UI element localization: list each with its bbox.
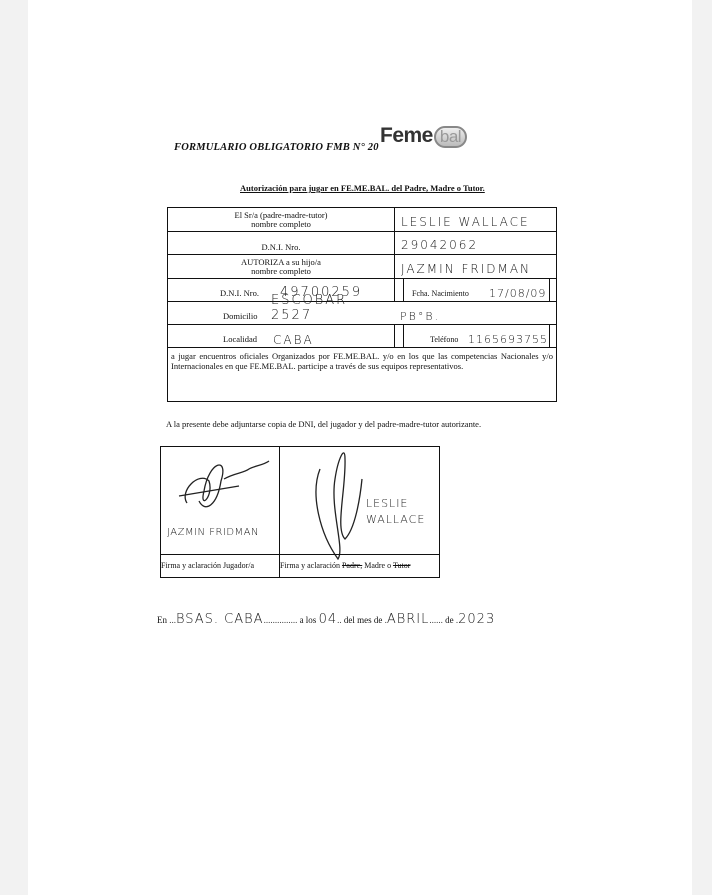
city-value: CABA (273, 333, 314, 347)
player-signature-cell[interactable]: JAZMIN FRIDMAN Firma y aclaración Jugado… (161, 447, 280, 577)
phone-value: 1165693755 (468, 333, 548, 346)
address-row: Domicilio ESCOBAR 2527 PB°B. (168, 302, 556, 325)
parent-dni-value: 29042062 (401, 238, 478, 252)
player-clarification: JAZMIN FRIDMAN (167, 527, 259, 538)
city-label: Localidad (223, 334, 257, 344)
address-value: ESCOBAR 2527 (271, 293, 394, 323)
child-label-line2: nombre completo (168, 267, 394, 276)
attachment-note: A la presente debe adjuntarse copia de D… (166, 419, 481, 429)
form-title: FORMULARIO OBLIGATORIO FMB N° 20 (174, 142, 379, 153)
child-name-row: AUTORIZA a su hijo/a nombre completo JAZ… (168, 255, 556, 279)
authorization-table: El Sr/a (padre-madre-tutor) nombre compl… (167, 207, 557, 348)
parent-name-field[interactable]: LESLIE WALLACE (395, 208, 556, 231)
year-value[interactable]: 2023 (458, 612, 495, 627)
birth-date-label: Fcha. Nacimiento (412, 289, 469, 298)
signature-box: JAZMIN FRIDMAN Firma y aclaración Jugado… (160, 446, 440, 578)
day-value[interactable]: 04 (319, 612, 338, 627)
femebal-logo: Femebal (380, 124, 467, 148)
form-subtitle: Autorización para jugar en FE.ME.BAL. de… (240, 183, 485, 193)
parent-label-line2: nombre completo (168, 220, 394, 229)
parent-dni-row: D.N.I. Nro. 29042062 (168, 232, 556, 255)
place-date-line: En ...BSAS. CABA............... a los 04… (157, 612, 495, 627)
phone-label: Teléfono (430, 335, 458, 344)
birth-date-field[interactable]: Fcha. Nacimiento 17/08/09 (404, 279, 550, 301)
address-label: Domicilio (223, 311, 257, 321)
authorization-text: a jugar encuentros oficiales Organizados… (167, 347, 557, 402)
logo-badge: bal (434, 126, 467, 148)
child-dni-label: D.N.I. Nro. (220, 288, 259, 298)
child-name-field[interactable]: JAZMIN FRIDMAN (395, 255, 556, 278)
place-value[interactable]: BSAS. CABA (176, 612, 264, 627)
parent-signature-caption: Firma y aclaración Padre, Madre o Tutor (280, 554, 439, 577)
city-row: Localidad CABA Teléfono 1165693755 (168, 325, 556, 347)
parent-dni-label: D.N.I. Nro. (168, 232, 395, 254)
child-name-label: AUTORIZA a su hijo/a nombre completo (168, 255, 395, 278)
month-value[interactable]: ABRIL (387, 612, 430, 627)
parent-name-row: El Sr/a (padre-madre-tutor) nombre compl… (168, 208, 556, 232)
birth-date-value: 17/08/09 (489, 287, 546, 300)
parent-dni-field[interactable]: 29042062 (395, 232, 556, 254)
phone-field[interactable]: Teléfono 1165693755 (404, 325, 550, 347)
address-extra-value: PB°B. (400, 310, 440, 323)
player-signature-caption: Firma y aclaración Jugador/a (161, 554, 279, 577)
parent-clarification-line2: WALLACE (366, 513, 425, 526)
child-name-value: JAZMIN FRIDMAN (401, 262, 531, 276)
address-field[interactable]: Domicilio ESCOBAR 2527 (168, 302, 394, 324)
parent-signature-cell[interactable]: LESLIE WALLACE Firma y aclaración Padre,… (280, 447, 439, 577)
player-signature-icon (169, 451, 279, 521)
address-extra-field[interactable]: PB°B. (394, 302, 556, 324)
logo-text: Feme (380, 124, 433, 147)
parent-clarification-line1: LESLIE (366, 497, 408, 510)
parent-name-value: LESLIE WALLACE (401, 215, 530, 229)
parent-name-label: El Sr/a (padre-madre-tutor) nombre compl… (168, 208, 395, 231)
city-field[interactable]: Localidad CABA (168, 325, 395, 347)
